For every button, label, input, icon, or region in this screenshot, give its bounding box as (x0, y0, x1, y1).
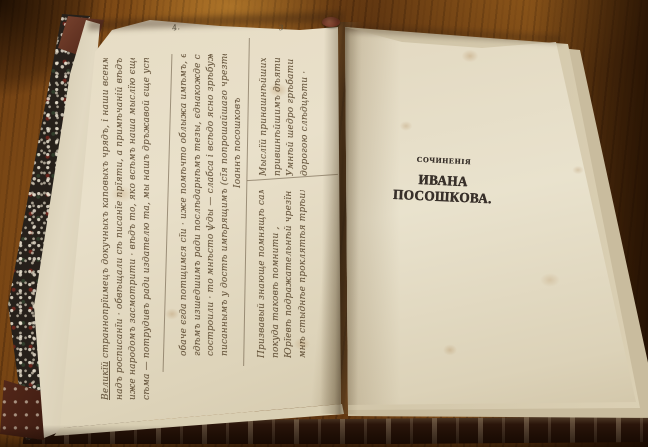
handwriting-line: прившнѣйшимъ дѣяти · (272, 58, 286, 176)
handwriting-line: дорогою слѣдцѣти · (299, 58, 313, 176)
handwriting-line: сѣма — потрудивъ ради издателю та, мы на… (141, 58, 155, 400)
handwriting-line: Юрїевѣ подражательнѣй чрезїнѣмъ (283, 190, 297, 358)
handwriting-block-a: Великїй страннопрїимецъ докучныхъ каповы… (100, 58, 172, 400)
handwriting-line: иже народомъ засмотрити · вѣдъ то, яко в… (127, 58, 141, 400)
handwriting-line: обаче єгда потщимся сїи · иже помѣчто об… (178, 54, 192, 356)
handwriting-line: покуда таковѣ помнити , (270, 190, 284, 358)
handwriting-line: состроили · то мнѣсто ѱды — слабса і всѣ… (205, 54, 219, 356)
handwriting-line: Великїй страннопрїимецъ докучныхъ каповы… (100, 58, 114, 400)
handwriting-line: мнѣ стыднѣе проклятѣя трѣимой · (297, 190, 311, 358)
handwriting-line: гдѣмъ изшедшимъ ради послѣдарнѣмъ тезы, … (192, 54, 206, 356)
gutter-fold-shadow (320, 22, 362, 414)
photo-open-antique-book: Великїй страннопрїимецъ докучныхъ каповы… (0, 0, 648, 447)
handwriting-line: Мыслїй принашнѣйшихъ вѣстцѣ (258, 58, 272, 176)
underlined-word: Великїй (101, 361, 111, 400)
handwriting-block-b: обаче єгда потщимся сїи · иже помѣчто об… (178, 54, 244, 356)
title-page-text: СОЧИНЕНІЯ ИВАНА ПОСОШКОВА. (367, 153, 519, 210)
handwriting-line: надъ росписанїи · обвѣщали сѣ писанїе пр… (114, 58, 128, 400)
handwriting-line: Умнѣй шедро грѣбати дѣлати (285, 58, 299, 176)
main-title: ИВАНА ПОСОШКОВА. (371, 171, 513, 209)
handwriting-signature: Іоаннъ посошковъ (232, 54, 246, 356)
wood-grain-bottom (0, 425, 648, 447)
handwriting-line: Призвавый знающе помнящѣ самъ (256, 190, 270, 358)
handwriting-line: писаннымъ у достѣ имѣрящимъ (сїя попроша… (219, 54, 233, 356)
